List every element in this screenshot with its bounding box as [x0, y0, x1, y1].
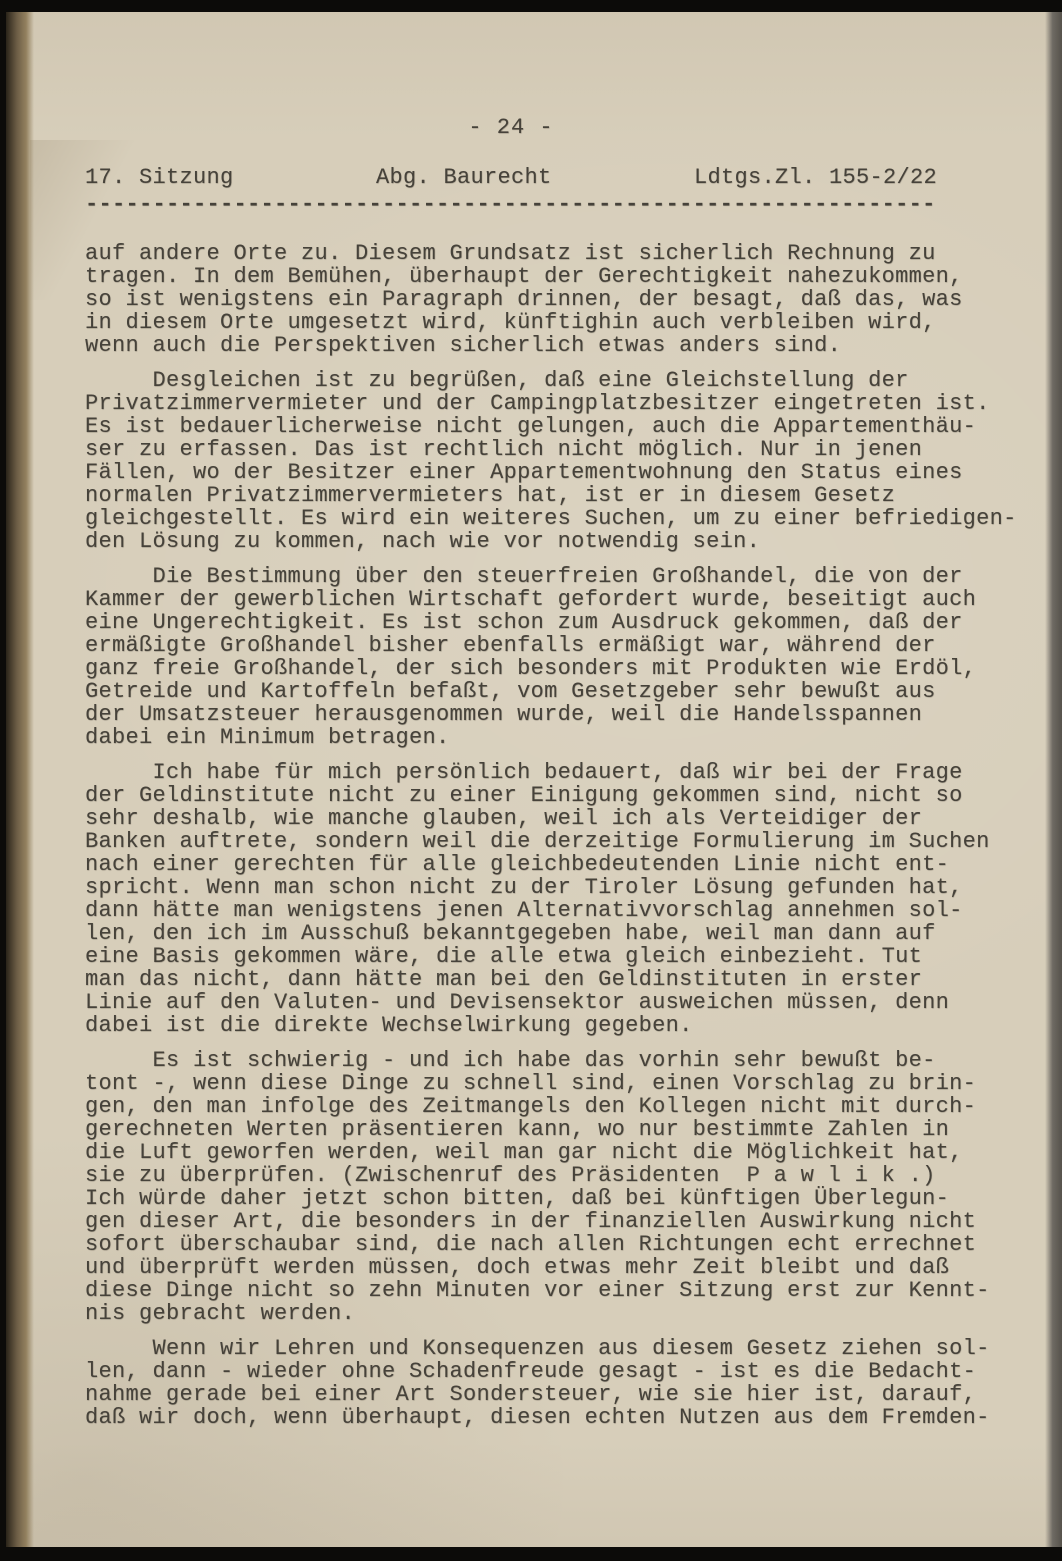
page-number: - 24 - — [85, 116, 937, 139]
body-paragraph: Desgleichen ist zu begrüßen, daß eine Gl… — [85, 369, 937, 553]
body-paragraph: Wenn wir Lehren und Konsequenzen aus die… — [85, 1337, 937, 1429]
page-content: - 24 - 17. Sitzung Abg. Baurecht Ldtgs.Z… — [85, 12, 937, 1429]
header-reference-label: Ldtgs.Zl. 155-2/22 — [694, 166, 937, 189]
body-paragraph: Es ist schwierig - und ich habe das vorh… — [85, 1049, 937, 1325]
dashed-divider: ----------------------------------------… — [85, 193, 937, 216]
header-session-label: 17. Sitzung — [85, 166, 234, 189]
scan-border-left — [0, 0, 6, 1561]
body-paragraph: auf andere Orte zu. Diesem Grundsatz ist… — [85, 242, 937, 357]
body-paragraph: Ich habe für mich persönlich bedauert, d… — [85, 761, 937, 1037]
header-subject-label: Abg. Baurecht — [376, 166, 552, 189]
scanned-page: - 24 - 17. Sitzung Abg. Baurecht Ldtgs.Z… — [0, 0, 1062, 1561]
page-edge-shadow-right — [1045, 0, 1062, 1561]
page-header: 17. Sitzung Abg. Baurecht Ldtgs.Zl. 155-… — [85, 166, 937, 189]
body-paragraph: Die Bestimmung über den steuerfreien Gro… — [85, 565, 937, 749]
scan-border-top — [0, 0, 1062, 12]
scan-border-bottom — [0, 1547, 1062, 1561]
page-edge-shadow-left — [6, 0, 34, 1561]
